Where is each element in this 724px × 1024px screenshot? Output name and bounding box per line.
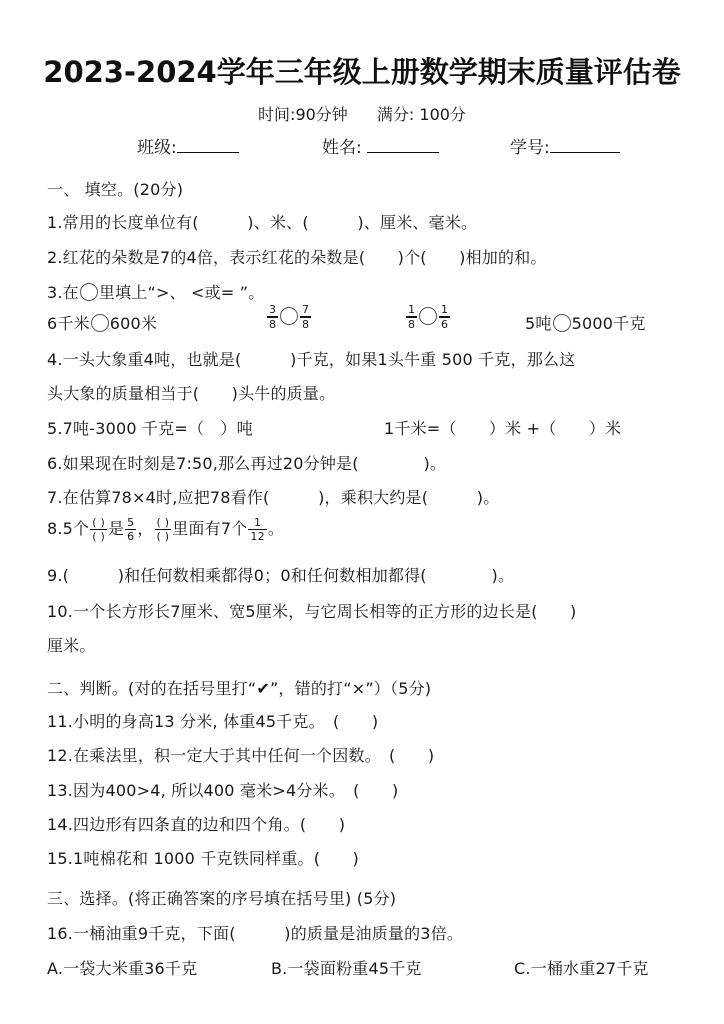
question-8: 8.5个( )( )是56，( )( )里面有7个112。 xyxy=(47,516,284,543)
fraction-1-12: 112 xyxy=(248,516,266,543)
question-1: 1.常用的长度单位有( )、米、( )、厘米、毫米。 xyxy=(47,210,477,233)
question-12: 12.在乘法里，积一定大于其中任何一个因数。 ( ) xyxy=(47,743,434,766)
id-field: 学号: xyxy=(510,133,620,158)
exam-meta: 时间:90分钟 满分: 100分 xyxy=(0,102,724,125)
question-14: 14.四边形有四条直的边和四个角。( ) xyxy=(47,812,345,835)
question-7: 7.在估算78×4时,应把78看作( )，乘积大约是( )。 xyxy=(47,485,499,508)
fraction-1-6: 16 xyxy=(439,303,450,331)
compare-1-left: 6千米 xyxy=(47,314,90,333)
question-4-line-2: 头大象的质量相当于( )头牛的质量。 xyxy=(47,381,335,404)
name-blank[interactable] xyxy=(367,136,439,153)
time-limit: 时间:90分钟 xyxy=(258,105,348,124)
section-3-heading: 三、选择。(将正确答案的序号填在括号里) (5分) xyxy=(47,886,396,909)
question-9: 9.( )和任何数相乘都得0；0和任何数相加都得( )。 xyxy=(47,563,514,586)
fraction-7-8: 78 xyxy=(300,303,311,331)
fraction-3-8: 38 xyxy=(267,303,278,331)
compare-circle-icon xyxy=(80,283,98,301)
section-2-heading: 二、判断。(对的在括号里打“✔”，错的打“×”）（5分) xyxy=(47,676,431,699)
question-16: 16.一桶油重9千克，下面( )的质量是油质量的3倍。 xyxy=(47,921,463,944)
compare-4-right: 5000千克 xyxy=(572,314,646,333)
q8-text-b: 是 xyxy=(108,519,124,538)
compare-4-left: 5吨 xyxy=(525,314,552,333)
compare-3-circle[interactable] xyxy=(419,307,437,325)
fraction-5-6: 56 xyxy=(125,516,136,543)
name-field: 姓名: xyxy=(322,133,439,158)
question-10-line-2: 厘米。 xyxy=(47,633,96,656)
q8-text-d: 里面有7个 xyxy=(172,519,247,538)
class-field: 班级: xyxy=(137,133,239,158)
q3-prompt-end: 里填上“>、 <或= ”。 xyxy=(99,283,265,302)
full-score: 满分: 100分 xyxy=(377,105,466,124)
question-3-prompt: 3.在里填上“>、 <或= ”。 xyxy=(47,280,264,303)
section-1-heading: 一、 填空。(20分) xyxy=(47,177,183,200)
page-title: 2023-2024学年三年级上册数学期末质量评估卷 xyxy=(0,50,724,91)
q8-text-a: 8.5个 xyxy=(47,519,89,538)
class-blank[interactable] xyxy=(177,136,239,153)
question-15: 15.1吨棉花和 1000 千克铁同样重。( ) xyxy=(47,846,359,869)
question-4-line-1: 4.一头大象重4吨，也就是( )千克，如果1头牛重 500 千克，那么这 xyxy=(47,347,575,370)
class-label: 班级: xyxy=(137,138,177,158)
compare-4-circle[interactable] xyxy=(553,314,571,332)
option-b: B.一袋面粉重45千克 xyxy=(271,956,422,979)
question-13: 13.因为400>4, 所以400 毫米>4分米。 ( ) xyxy=(47,778,398,801)
question-11: 11.小明的身高13 分米, 体重45千克。 ( ) xyxy=(47,709,378,732)
question-5b: 1千米=（ ）米 +（ ）米 xyxy=(384,416,621,439)
name-label: 姓名: xyxy=(322,138,362,158)
blank-fraction-2[interactable]: ( )( ) xyxy=(155,516,172,543)
compare-item-3: 1816 xyxy=(405,303,451,331)
blank-fraction-1[interactable]: ( )( ) xyxy=(90,516,107,543)
option-c: C.一桶水重27千克 xyxy=(514,956,649,979)
fraction-1-8: 18 xyxy=(406,303,417,331)
question-2: 2.红花的朵数是7的4倍，表示红花的朵数是( )个( )相加的和。 xyxy=(47,245,547,268)
compare-item-2: 3878 xyxy=(266,303,312,331)
question-6: 6.如果现在时刻是7:50,那么再过20分钟是( )。 xyxy=(47,451,446,474)
id-label: 学号: xyxy=(510,138,550,158)
id-blank[interactable] xyxy=(550,136,620,153)
q3-prompt-start: 3.在 xyxy=(47,283,79,302)
question-10-line-1: 10.一个长方形长7厘米、宽5厘米，与它周长相等的正方形的边长是( ) xyxy=(47,599,577,622)
compare-item-4: 5吨5000千克 xyxy=(525,311,646,334)
compare-1-circle[interactable] xyxy=(91,314,109,332)
compare-item-1: 6千米600米 xyxy=(47,311,157,334)
compare-1-right: 600米 xyxy=(110,314,157,333)
q8-text-e: 。 xyxy=(268,519,284,538)
option-a: A.一袋大米重36千克 xyxy=(47,956,197,979)
compare-2-circle[interactable] xyxy=(280,307,298,325)
q8-text-c: ， xyxy=(137,519,153,538)
question-5a: 5.7吨-3000 千克=（ ）吨 xyxy=(47,416,253,439)
